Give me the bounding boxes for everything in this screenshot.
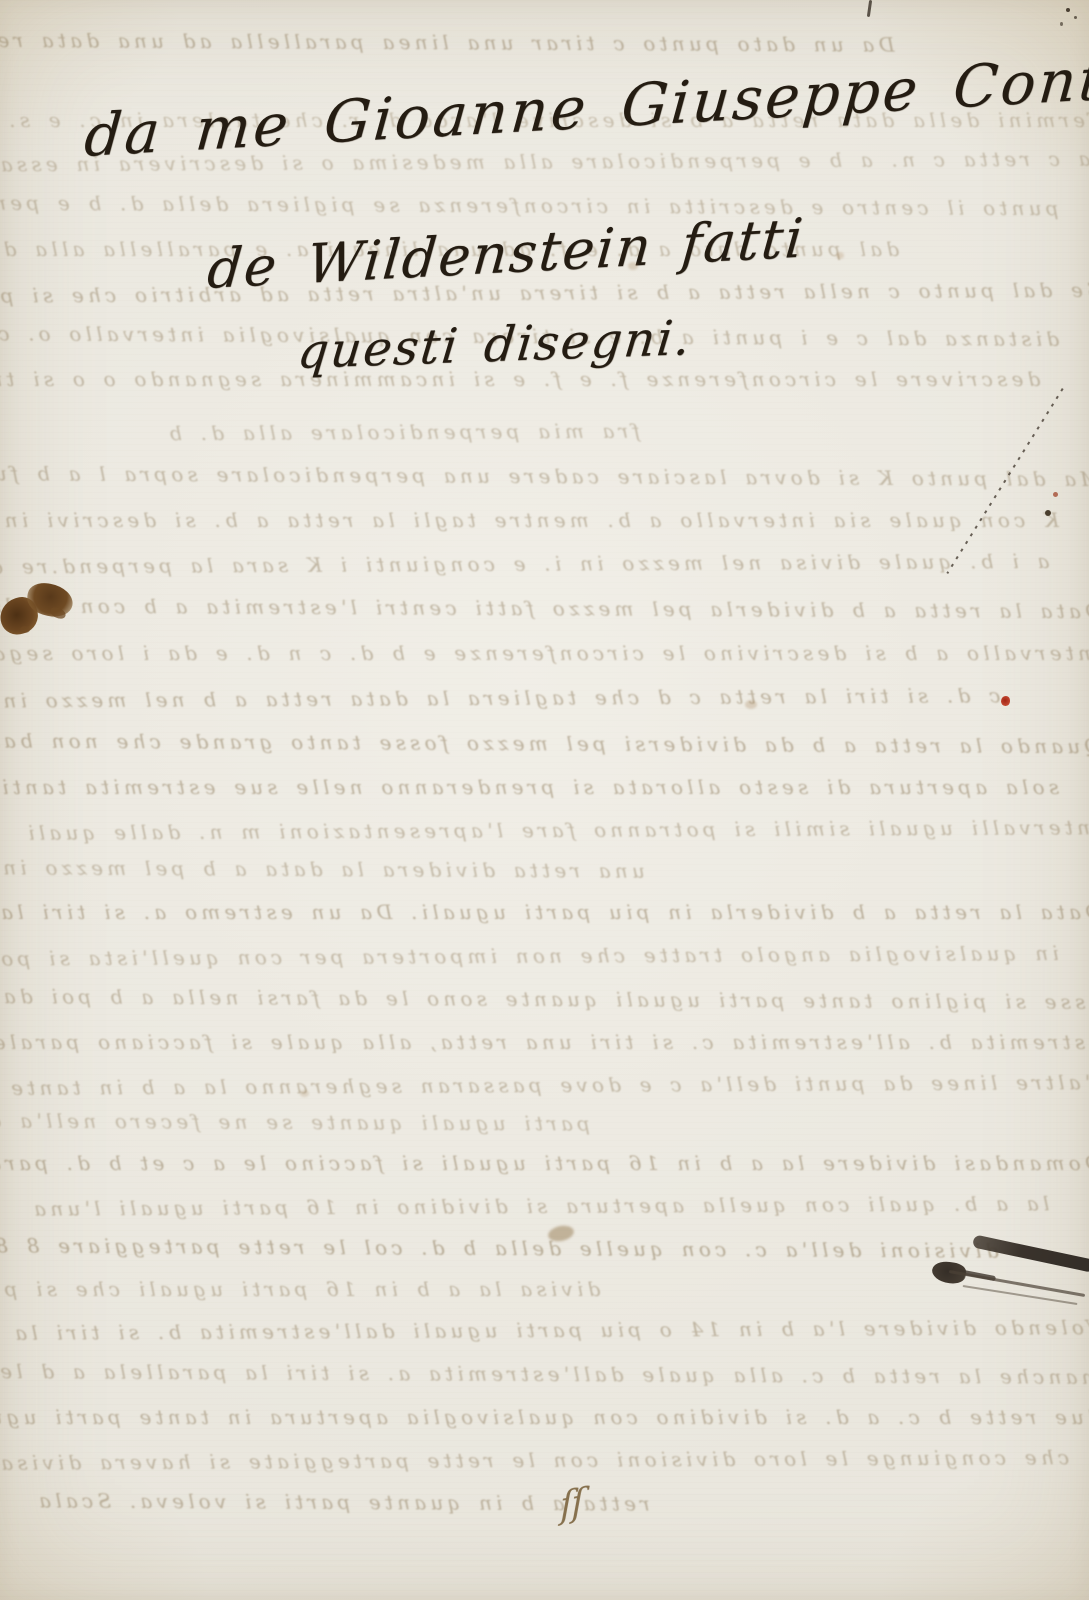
bleedthrough-line: parti uguali quante se ne fecero nell'a … (0, 1108, 590, 1135)
bleedthrough-line: la a b. quali con quella apertura si div… (30, 1191, 1049, 1220)
bleedthrough-line: c d. si tiri la retta c d che tagliera l… (0, 683, 1000, 712)
bleedthrough-line: K con quale sia intervallo a b. mentre t… (0, 508, 1059, 532)
bleedthrough-line: Da un dato punto c tirar una linea paral… (0, 27, 895, 56)
bleedthrough-line: divisioni dell'a c. con quelle della b d… (0, 1233, 999, 1262)
bleedthrough-line: retta a b in quante parti si voleva. Sca… (35, 1488, 650, 1515)
bleedthrough-line: due rette b c. a d. si dividino con qual… (0, 1405, 1089, 1429)
bleedthrough-line: Quando la retta a b da dividersi pel mez… (0, 728, 1089, 759)
bleedthrough-line: intervalli uguali simili si potranno far… (24, 815, 1089, 845)
bleedthrough-line: punto il centro e descritta in circonfer… (0, 190, 1059, 220)
bleedthrough-line: Data la retta a b dividerla pel mezzo fa… (0, 593, 1089, 623)
bleedthrough-line: sola apertura di sesto allorata si prend… (0, 775, 1059, 799)
bleedthrough-line: che congiunge le loro divisioni con le r… (0, 1445, 1069, 1475)
manuscript-page: Da un dato punto c tirar una linea paral… (0, 0, 1089, 1600)
bleedthrough-line: manche la retta b c. alla quale dall'est… (0, 1359, 1089, 1389)
bleedthrough-line: Domandasi dividere la a b in 16 parti ug… (0, 1151, 1089, 1175)
bleedthrough-line: intervallo a b si descrivino le circonfe… (0, 641, 1089, 665)
bleedthrough-line: a i b. quale divisa nel mezzo in i. e co… (0, 549, 1049, 579)
bleedthrough-line: in qualsivoglia angolo tratte che non im… (0, 941, 1059, 971)
bleedthrough-line: fra mia perpendicolare alla d. b (165, 419, 640, 445)
bleedthrough-line: l'altre linee da punti dell'a c e dove p… (7, 1070, 1089, 1100)
bleedthrough-line: estremita b. all'estremita c. si tiri un… (0, 1030, 1089, 1054)
bleedthrough-line: esse si piglino tante parti uguali quant… (0, 984, 1089, 1014)
bleedthrough-line: Data la retta a b dividerla in piu parti… (0, 900, 1089, 924)
bleedthrough-line: Ma dal punto K si dovra lasciare cadere … (0, 461, 1089, 491)
bleedthrough-line: una retta dividera la data a b pel mezzo… (0, 855, 645, 883)
bleedthrough-line: Volendo dividere l'a b in 14 o piu parti… (11, 1315, 1089, 1345)
bleedthrough-line: divisa la a b in 16 parti uguali che si … (0, 1277, 600, 1301)
